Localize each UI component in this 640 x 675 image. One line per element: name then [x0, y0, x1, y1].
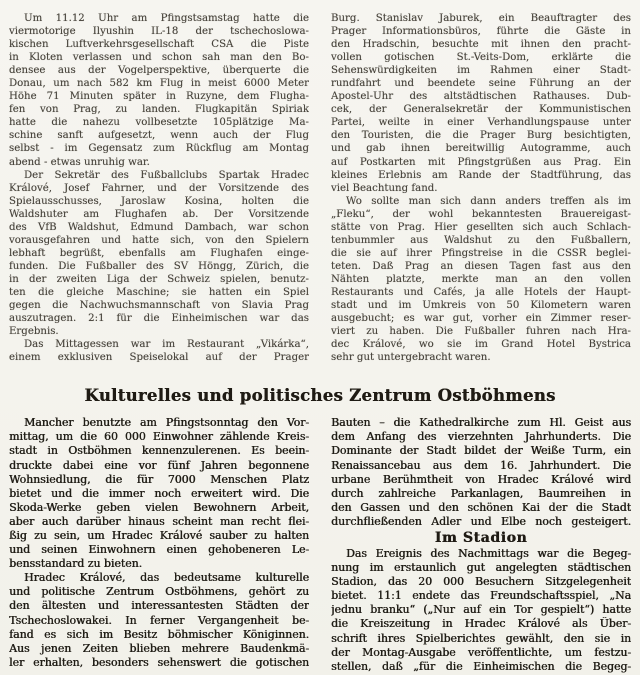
text-line: druckte dabei eine vor fünf Jahren begon… — [9, 459, 309, 473]
text-line: auf Postkarten mit Pfingstgrüßen aus Pra… — [331, 156, 631, 169]
text-line: Waldshuter am Flughafen ab. Der Vorsitze… — [9, 208, 309, 221]
paragraph: Burg. Stanislav Jaburek, ein Beauftragte… — [331, 12, 631, 195]
text-line: schrift ihres Spielberichtes gewählt, de… — [331, 632, 631, 646]
bottom-right-lower-text: Das Ereignis des Nachmittags war die Beg… — [331, 547, 631, 674]
text-line: Um 11.12 Uhr am Pfingstsamstag hatte die — [9, 12, 309, 25]
text-line: Ergebnis. — [9, 325, 309, 338]
text-line: auszutragen. 2:1 für die Einheimischen w… — [9, 312, 309, 325]
text-line: bietet und die immer noch erweitert wird… — [9, 487, 309, 501]
text-line: Burg. Stanislav Jaburek, ein Beauftragte… — [331, 12, 631, 25]
text-line: die sie auf ihrer Pfingstreise in die CS… — [331, 247, 631, 260]
text-line: hatte die nahezu vollbesetzte 105plätzig… — [9, 116, 309, 129]
text-line: rundfahrt und beendete seine Führung an … — [331, 77, 631, 90]
text-line: Partei, weilte in einer Verhandlungspaus… — [331, 116, 631, 129]
text-line: der Montag-Ausgabe veröffentlichte, um f… — [331, 646, 631, 660]
text-line: teten. Daß Prag an diesen Tagen fast aus… — [331, 260, 631, 273]
text-line: schine sanft aufgesetzt, wenn auch der F… — [9, 129, 309, 142]
bottom-right-upper-text: Bauten – die Kathedralkirche zum Hl. Gei… — [331, 416, 631, 529]
text-line: des VfB Waldshut, Edmund Dambach, war sc… — [9, 221, 309, 234]
text-line: viel Beachtung fand. — [331, 182, 631, 195]
text-line: Bauten – die Kathedralkirche zum Hl. Gei… — [331, 416, 631, 430]
text-line: viert zu haben. Die Fußballer fuhren nac… — [331, 325, 631, 338]
text-line: kleines Erlebnis am Rande der Stadtführu… — [331, 169, 631, 182]
text-line: fen von Prag, zu landen. Flugkapitän Spi… — [9, 103, 309, 116]
text-line: und gab ihnen bereitwillig Autogramme, a… — [331, 142, 631, 155]
top-left-column: Um 11.12 Uhr am Pfingstsamstag hatte die… — [9, 12, 309, 364]
text-line: ßig zu sein, um Hradec Králové sauber zu… — [9, 529, 309, 543]
text-line: tenbummler aus Waldshut zu den Fußballer… — [331, 234, 631, 247]
text-line: Skoda-Werke geben vielen Bewohnern Arbei… — [9, 501, 309, 515]
bottom-left-column: Mancher benutzte am Pfingstsonntag den V… — [9, 416, 309, 674]
text-line: mittag, um die 60 000 Einwohner zählende… — [9, 430, 309, 444]
text-line: kischen Luftverkehrsgesellschaft CSA die… — [9, 38, 309, 51]
text-line: sehr gut untergebracht waren. — [331, 351, 631, 364]
text-line: Wohnsiedlung, die für 7000 Menschen Plat… — [9, 473, 309, 487]
text-line: stadt in Ostböhmen kennenzulerenen. Es b… — [9, 444, 309, 458]
text-line: einem exklusiven Speiselokal auf der Pra… — [9, 351, 309, 364]
text-line: Höhe 71 Minuten später in Ruzyne, dem Fl… — [9, 90, 309, 103]
text-line: urbane Berühmtheit von Hradec Králové wi… — [331, 473, 631, 487]
text-line: lebhaft begrüßt, ebenfalls am Flughafen … — [9, 247, 309, 260]
text-line: durchfließenden Adler und Elbe noch gest… — [331, 515, 631, 529]
text-line: fand es sich im Besitz böhmischer Königi… — [9, 628, 309, 642]
text-line: den Touristen, die die Prager Burg besic… — [331, 129, 631, 142]
bottom-right-column: Bauten – die Kathedralkirche zum Hl. Gei… — [331, 416, 631, 674]
text-line: „Fleku“, der wohl bekanntesten Brauereig… — [331, 208, 631, 221]
text-line: Nähten platzte, merkte man an den vollen — [331, 273, 631, 286]
text-line: den Hradschin, besuchte mit ihnen den pr… — [331, 38, 631, 51]
text-line: Spielausschusses, Jaroslaw Kosina, holte… — [9, 195, 309, 208]
text-line: vorausgefahren und hatte sich, von den S… — [9, 234, 309, 247]
text-line: Apostel-Uhr des altstädtischen Rathauses… — [331, 90, 631, 103]
text-line: aber auch darüber hinaus scheint man rec… — [9, 515, 309, 529]
paragraph: Mancher benutzte am Pfingstsonntag den V… — [9, 416, 309, 571]
text-line: und politische Zentrum Ostböhmens, gehör… — [9, 585, 309, 599]
text-line: den Gassen und den schönen Kai der die S… — [331, 501, 631, 515]
text-line: in der zweiten Liga der Schweiz spielen,… — [9, 273, 309, 286]
paragraph: Hradec Králové, das bedeutsame kulturell… — [9, 571, 309, 670]
text-line: Tschechoslowakei. In ferner Vergangenhei… — [9, 614, 309, 628]
stadium-subheading: Im Stadion — [331, 531, 631, 545]
text-line: dec Králové, wo sie im Grand Hotel Bystr… — [331, 338, 631, 351]
text-line: Dominante der Stadt bildet der Weiße Tur… — [331, 444, 631, 458]
text-line: gegen die Nachwuchsmannschaft von Slavia… — [9, 299, 309, 312]
text-line: funden. Die Fußballer des SV Höngg, Züri… — [9, 260, 309, 273]
text-line: Der Sekretär des Fußballclubs Spartak Hr… — [9, 169, 309, 182]
text-line: Mancher benutzte am Pfingstsonntag den V… — [9, 416, 309, 430]
text-line: Das Ereignis des Nachmittags war die Beg… — [331, 547, 631, 561]
paragraph: Bauten – die Kathedralkirche zum Hl. Gei… — [331, 416, 631, 529]
text-line: durch zahlreiche Parkanlagen, Baumreihen… — [331, 487, 631, 501]
paragraph: Um 11.12 Uhr am Pfingstsamstag hatte die… — [9, 12, 309, 169]
text-line: selbst - im Gegensatz zum Rückflug am Mo… — [9, 142, 309, 155]
top-right-column: Burg. Stanislav Jaburek, ein Beauftragte… — [331, 12, 631, 364]
text-line: Restaurants und Cafés, ja alle Hotels de… — [331, 286, 631, 299]
text-line: und seinen Einwohnern einen gehobeneren … — [9, 543, 309, 557]
top-article-section: Um 11.12 Uhr am Pfingstsamstag hatte die… — [9, 12, 631, 364]
text-line: stätte von Prag. Hier gesellten sich auc… — [331, 221, 631, 234]
text-line: Stadion, das 20 000 Besuchern Sitzgelege… — [331, 575, 631, 589]
newspaper-page: Um 11.12 Uhr am Pfingstsamstag hatte die… — [0, 0, 640, 675]
text-line: ler erhalten, besonders sehenswert die g… — [9, 656, 309, 670]
text-line: Hradec Králové, das bedeutsame kulturell… — [9, 571, 309, 585]
text-line: in Kloten verlassen und schon sah man de… — [9, 51, 309, 64]
text-line: Das Mittagessen war im Restaurant „Vikár… — [9, 338, 309, 351]
text-line: viermotorige Ilyushin IL-18 der tschecho… — [9, 25, 309, 38]
text-line: Donau, um nach 582 km Flug in meist 6000… — [9, 77, 309, 90]
text-line: ten die gleiche Maschine; sie hatten ein… — [9, 286, 309, 299]
article-heading: Kulturelles und politisches Zentrum Ostb… — [9, 386, 631, 406]
text-line: Králové, Josef Fahrner, und der Vorsitze… — [9, 182, 309, 195]
bottom-article-section: Mancher benutzte am Pfingstsonntag den V… — [9, 416, 631, 674]
text-line: Aus jenen Zeiten blieben mehrere Baudenk… — [9, 642, 309, 656]
text-line: ausgebucht; es war gut, vorher ein Zimme… — [331, 312, 631, 325]
text-line: bensstandard zu bieten. — [9, 557, 309, 571]
text-line: cek, der Generalsekretär der Kommunistis… — [331, 103, 631, 116]
text-line: Renaissancebau aus dem 16. Jahrhundert. … — [331, 459, 631, 473]
paragraph: Das Ereignis des Nachmittags war die Beg… — [331, 547, 631, 674]
text-line: Prager Informationsbüros, führte die Gäs… — [331, 25, 631, 38]
text-line: stellen, daß „für die Einheimischen die … — [331, 660, 631, 674]
text-line: jednu branku“ („Nur auf ein Tor gespielt… — [331, 603, 631, 617]
text-line: abend - etwas unruhig war. — [9, 156, 309, 169]
text-line: die Kreiszeitung in Hradec Králové als Ü… — [331, 617, 631, 631]
text-line: densee aus der Vogelperspektive, überque… — [9, 64, 309, 77]
paragraph: Das Mittagessen war im Restaurant „Vikár… — [9, 338, 309, 364]
text-line: bietet. 11:1 endete das Freundschaftsspi… — [331, 589, 631, 603]
text-line: vollen gotischen St.-Veits-Dom, erklärte… — [331, 51, 631, 64]
text-line: den ältesten und interessantesten Städte… — [9, 599, 309, 613]
paragraph: Der Sekretär des Fußballclubs Spartak Hr… — [9, 169, 309, 339]
paragraph: Wo sollte man sich dann anders treffen a… — [331, 195, 631, 365]
text-line: Sehenswürdigkeiten im Rahmen einer Stadt… — [331, 64, 631, 77]
text-line: stadt und im Umkreis von 50 Kilometern w… — [331, 299, 631, 312]
text-line: nung im erstaunlich gut angelegten städt… — [331, 561, 631, 575]
text-line: Wo sollte man sich dann anders treffen a… — [331, 195, 631, 208]
text-line: dem Anfang des vierzehnten Jahrhunderts.… — [331, 430, 631, 444]
